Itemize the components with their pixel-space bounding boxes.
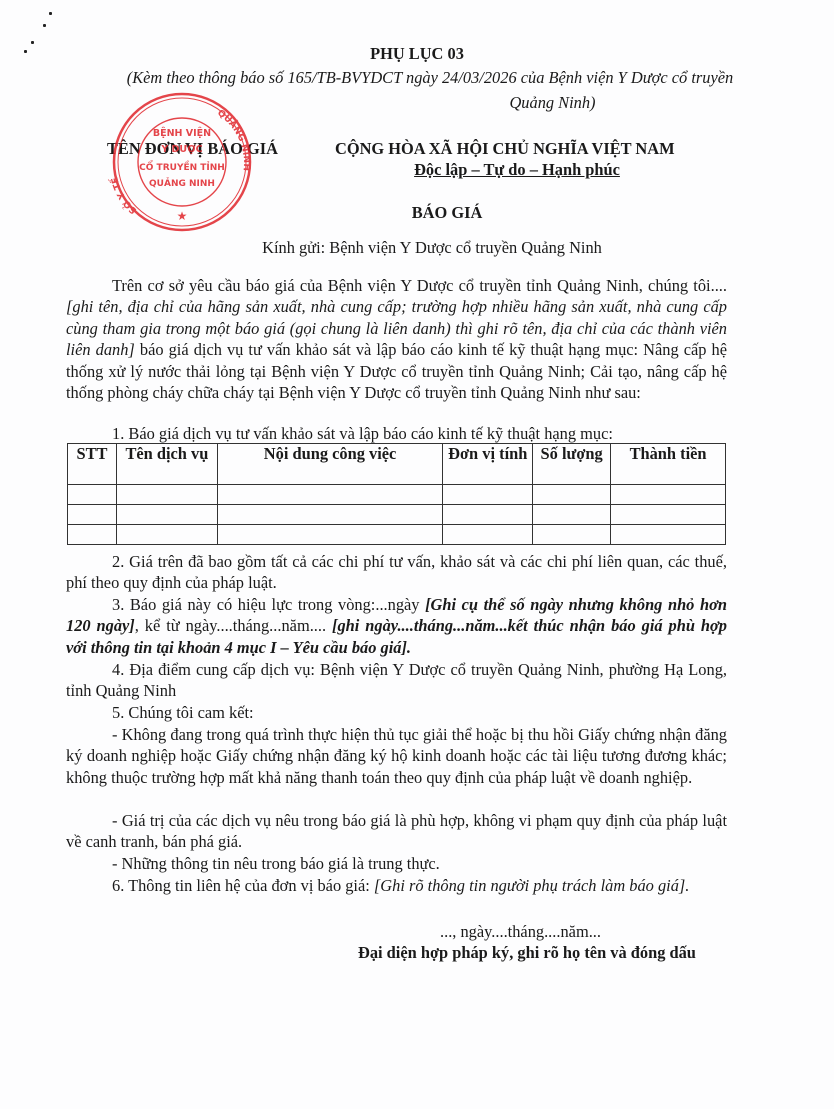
cell [533,485,611,505]
item-5: 5. Chúng tôi cam kết: [66,702,727,723]
cell [217,525,443,545]
date-line: ..., ngày....tháng....năm... [440,922,601,942]
svg-text:Y DƯỢC: Y DƯỢC [160,144,202,155]
cell [611,485,726,505]
col-amount: Thành tiền [611,444,726,485]
table-row [68,485,726,505]
cell [533,505,611,525]
cell [217,485,443,505]
cell [443,505,533,525]
commitment-3: - Những thông tin nêu trong báo giá là t… [66,853,727,874]
item-3-mid: , kể từ ngày....tháng...năm.... [135,616,332,635]
commitment-1: - Không đang trong quá trình thực hiện t… [66,724,727,788]
cell [68,525,117,545]
table-header-row: STT Tên dịch vụ Nội dung công việc Đơn v… [68,444,726,485]
cell [443,525,533,545]
svg-text:CỔ TRUYỀN TỈNH: CỔ TRUYỀN TỈNH [139,160,225,173]
document-title: BÁO GIÁ [0,203,834,223]
col-work-content: Nội dung công việc [217,444,443,485]
item-2: 2. Giá trên đã bao gồm tất cả các chi ph… [66,551,727,594]
commitment-text: - Không đang trong quá trình thực hiện t… [66,725,727,787]
item-6-note: [Ghi rõ thông tin người phụ trách làm bá… [374,876,689,895]
col-stt: STT [68,444,117,485]
item-3: 3. Báo giá này có hiệu lực trong vòng:..… [66,594,727,658]
item-1-text: 1. Báo giá dịch vụ tư vấn khảo sát và lậ… [112,424,613,443]
svg-text:QUẢNG NINH: QUẢNG NINH [149,177,215,189]
item-3-lead: 3. Báo giá này có hiệu lực trong vòng:..… [112,595,425,614]
cell [611,505,726,525]
appendix-title: PHỤ LỤC 03 [0,44,834,64]
item-6-lead: 6. Thông tin liên hệ của đơn vị báo giá: [112,876,374,895]
cell [68,485,117,505]
motto-text: Độc lập – Tự do – Hạnh phúc [414,160,620,179]
cell [611,525,726,545]
col-service-name: Tên dịch vụ [116,444,217,485]
item-4-text: 4. Địa điểm cung cấp dịch vụ: Bệnh viện … [66,660,727,700]
quotation-table: STT Tên dịch vụ Nội dung công việc Đơn v… [67,443,726,545]
intro-lead: Trên cơ sở yêu cầu báo giá của Bệnh viện… [112,276,727,295]
cell [68,505,117,525]
commitment-2: - Giá trị của các dịch vụ nêu trong báo … [66,810,727,853]
cell [217,505,443,525]
intro-rest: báo giá dịch vụ tư vấn khảo sát và lập b… [66,340,727,402]
item-5-text: 5. Chúng tôi cam kết: [112,703,254,722]
cell [116,505,217,525]
cell [533,525,611,545]
speck [49,12,52,15]
item-1: 1. Báo giá dịch vụ tư vấn khảo sát và lậ… [66,423,727,444]
table-row [68,505,726,525]
signature-block: Đại diện hợp pháp ký, ghi rõ họ tên và đ… [358,943,696,963]
svg-text:BỆNH VIỆN: BỆNH VIỆN [153,128,211,139]
item-6: 6. Thông tin liên hệ của đơn vị báo giá:… [66,875,727,896]
table-row [68,525,726,545]
cell [443,485,533,505]
commitment-text: - Giá trị của các dịch vụ nêu trong báo … [66,811,727,851]
speck [43,24,46,27]
col-quantity: Số lượng [533,444,611,485]
cell [116,485,217,505]
national-motto: Độc lập – Tự do – Hạnh phúc [335,160,699,180]
intro-paragraph: Trên cơ sở yêu cầu báo giá của Bệnh viện… [66,275,727,403]
item-4: 4. Địa điểm cung cấp dịch vụ: Bệnh viện … [66,659,727,702]
col-unit: Đơn vị tính [443,444,533,485]
commitment-text: - Những thông tin nêu trong báo giá là t… [112,854,440,873]
national-title: CỘNG HÒA XÃ HỘI CHỦ NGHĨA VIỆT NAM [335,139,675,159]
item-2-text: 2. Giá trên đã bao gồm tất cả các chi ph… [66,552,727,592]
appendix-reference: (Kèm theo thông báo số 165/TB-BVYDCT ngà… [60,68,800,88]
recipient-line: Kính gửi: Bệnh viện Y Dược cổ truyền Quả… [0,238,834,258]
cell [116,525,217,545]
